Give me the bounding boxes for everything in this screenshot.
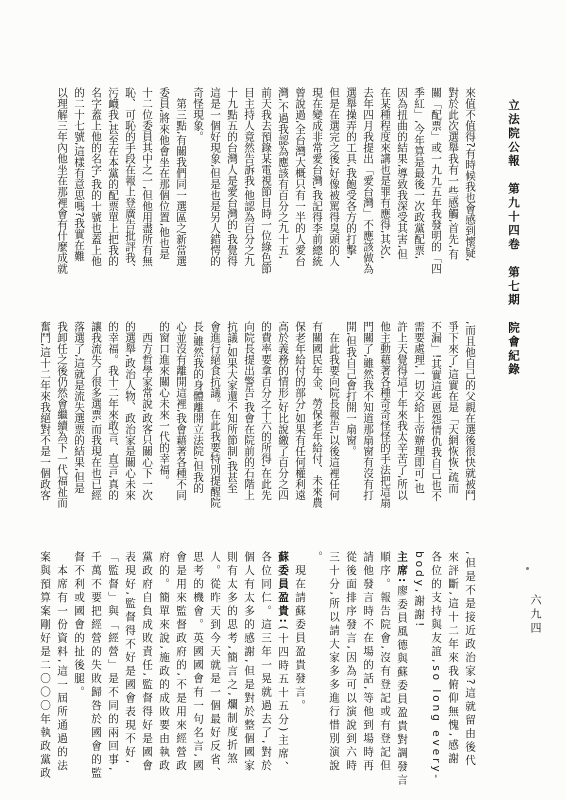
lower-text-band: ,但是不是接近政治家?這就留由後代來評斷,這十二年來我俯仰無愧,感謝各位的支持與… — [36, 551, 478, 799]
text-column: 奇怪現象。 — [189, 87, 206, 271]
text-column: 向院長提出警告,我會在院前的石階上 — [240, 321, 257, 505]
text-column: 蘇委員盈貴:(十四時五十五分)主席、 — [274, 551, 291, 799]
text-column: 的幸福。我十二年來敢言、直言,真的 — [104, 321, 121, 505]
text-column: ,但是不是接近政治家?這就留由後代 — [461, 551, 478, 799]
text-column: 十九點五的台灣人是愛台灣的,我覺得 — [223, 87, 240, 271]
running-header: 立法院公報 第九十四卷 第七期 院會紀錄 — [506, 99, 522, 377]
text-column: 前天我去預錄某電視節目時一位綠色節 — [257, 87, 274, 271]
text-column: 會進行絕食抗議。在此我要特別提醒院 — [206, 321, 223, 505]
text-column: 爭下來了,這實在是「天網恢恢,疏而 — [444, 321, 461, 505]
text-column: 灣,不過我認為應該有百分之九十五, — [274, 87, 291, 271]
text-column: 去年四月我提出「愛台灣」不應該做為 — [359, 87, 376, 271]
scan-speck — [526, 567, 529, 570]
text-column: 個人有太多的感謝,但是對於整個國家 — [240, 551, 257, 799]
text-column: 來值不值得?有時候我也會感到懷疑, — [461, 87, 478, 271]
text-column: 則有太多的思考,簡言之,爛制度折煞 — [223, 551, 240, 799]
text-column: ,而且他自己的父親在選後很快就被鬥 — [461, 321, 478, 505]
text-column: 讓我流失了很多選票,而我現在也已經 — [87, 321, 104, 505]
text-column: 這是一個好現象,但是也是另人錯愕的 — [206, 87, 223, 271]
text-column: 黨政府自負成敗責任,監督得好是國會 — [138, 551, 155, 799]
text-column: 府的。簡單來說,施政的成敗要由執政 — [155, 551, 172, 799]
text-column: 順序。報告院會,沒有登記或有登記但 — [376, 551, 393, 799]
text-column: 季紅」,今年算是最後一次政黨配票, — [410, 87, 427, 271]
text-column: 對於此次選舉我有一些感觸,首先,有 — [444, 87, 461, 271]
text-column: 但是在選完之後,好像被罵得臭頭的人 — [325, 87, 342, 271]
text-column: 恥、可恥的手段在報上登廣告批評我、 — [121, 87, 138, 271]
text-column: 思考的機會。英國國會有一句名言,國 — [189, 551, 206, 799]
text-column: 他主動藉著各種奇奇怪怪的手法把這扇 — [376, 321, 393, 505]
text-column: 曾說過,全台灣大概只有一半的人愛台 — [291, 87, 308, 271]
text-column: 的二十七號,這樣有意思嗎?我實在難 — [70, 87, 87, 271]
text-column: 高於義務的情形,好比說繳了百分之四 — [274, 321, 291, 505]
text-column: 現在請蘇委員盈貴發言。 — [291, 551, 308, 799]
text-column: 需要處理,一切交給上帝辦理即可,也 — [410, 321, 427, 505]
text-column: 落選了,這就是流失選票的結果,但是 — [70, 321, 87, 505]
text-column: 主席:廖委員風德與蘇委員盈貴對調發言 — [393, 551, 410, 799]
text-column: 西方哲學家常說,政客只關心下一次 — [138, 321, 155, 505]
text-column: 污衊我,甚至在本黨的配票單上把我的 — [104, 87, 121, 271]
text-column: 我卸任之後仍然會繼續為下一代福祉而 — [53, 321, 70, 505]
text-column: 委員,將來他會坐在那個位置,他也是 — [155, 87, 172, 271]
text-column: 的窗口進來關心未來一代的幸福。 — [155, 321, 172, 505]
text-column: 第三點,有關我們同一選區之新當選 — [172, 87, 189, 271]
text-column: 許上天覺得這十年來我太辛苦了,所以 — [393, 321, 410, 505]
speaker-name: 主席: — [396, 551, 408, 585]
upper-text-band: 來值不值得?有時候我也會感到懷疑,對於此次選舉我有一些感觸,首先,有關「配票」或… — [53, 87, 478, 271]
text-column: 。 — [308, 551, 325, 799]
text-column: 在此我要向院長報告,以後這裡任何 — [325, 321, 342, 505]
text-column: 案與預算案剛好是二〇〇〇年執政黨政 — [36, 551, 53, 799]
text-column: 各位同仁。這三年一晃就過去了,對於 — [257, 551, 274, 799]
text-column: 在某種程度來講也是罪有應得,其次, — [376, 87, 393, 271]
text-column: 十二位委員其中之一,但他用盡所有無 — [138, 87, 155, 271]
text-column: 選舉操弄的工具,我飽受各方的打擊, — [342, 87, 359, 271]
text-column: 目主持人竟然告訴我,他認為百分之九 — [240, 87, 257, 271]
text-column: body,謝謝! — [410, 551, 427, 799]
text-column: 關「配票」或一九九五年我發明的「四 — [427, 87, 444, 271]
gazette-page: 立法院公報 第九十四卷 第七期 院會紀錄 六九四 來值不值得?有時候我也會感到懷… — [0, 0, 566, 800]
text-column: 開,但我自己會打開一扇窗。 — [342, 321, 359, 505]
text-column: 「監督」與「經營」是不同的兩回事, — [104, 551, 121, 799]
text-column: 名字蓋上他的名字,我的十號也蓋上他 — [87, 87, 104, 271]
text-column: 心並沒有離開這裡,我會藉著各種不同 — [172, 321, 189, 505]
text-column: 本席有一份資料,這一屆所通過的法 — [53, 551, 70, 799]
text-column: 人。從昨天到今天就是一個最好反省、 — [206, 551, 223, 799]
text-column: 現在變成非常愛台灣,我記得李前總統 — [308, 87, 325, 271]
text-column: 督不利或國會的扯後腿。 — [70, 551, 87, 799]
text-column: 保老年給付的部分,如果有任何權利遠 — [291, 321, 308, 505]
text-column: 有關國民年金、勞保老年給付、未來農 — [308, 321, 325, 505]
page-number: 六九四 — [527, 594, 543, 636]
text-column: 會是用來監督政府的,不是用來經營政 — [172, 551, 189, 799]
text-column: 來評斷,這十二年來我俯仰無愧,感謝 — [444, 551, 461, 799]
middle-text-band: ,而且他自己的父親在選後很快就被鬥爭下來了,這實在是「天網恢恢,疏而不漏」!其實… — [36, 321, 478, 505]
text-column: 表現好,監督得不好是國會表現不好, — [121, 551, 138, 799]
speaker-name: 蘇委員盈貴: — [277, 551, 289, 626]
text-column: 各位的支持與友誼,so long every- — [427, 551, 444, 799]
text-column: 奮鬥,這十二年來我絕對不是一個政客 — [36, 321, 53, 505]
text-column: 因為扭曲的結果,導致我深受其害,但 — [393, 87, 410, 271]
text-column: 以理解三年內他坐在那裡會有什麼成就 — [53, 87, 70, 271]
text-column: 從後面排序發言,因為可以演說到六時 — [342, 551, 359, 799]
text-column: 千萬不要把經營的失敗歸咎於國會的監 — [87, 551, 104, 799]
text-column: 不漏」!其實這些恩怨情仇我自己也不 — [427, 321, 444, 505]
text-column: 的選舉,政治人物、政治家是關心未來 — [121, 321, 138, 505]
text-column: 抗議,如果大家還不知所節制,我甚至 — [223, 321, 240, 505]
text-column: 長,雖然我的身體離開立法院,但我的 — [189, 321, 206, 505]
text-column: 三十分,所以請大家多多進行惜別演說 — [325, 551, 342, 799]
text-column: 請他發言時不在場的話,等他到場時再 — [359, 551, 376, 799]
text-column: 門關了,雖然我不知道那扇窗有沒有打 — [359, 321, 376, 505]
text-column: 的費率要拿百分之十六的所得,在此先 — [257, 321, 274, 505]
